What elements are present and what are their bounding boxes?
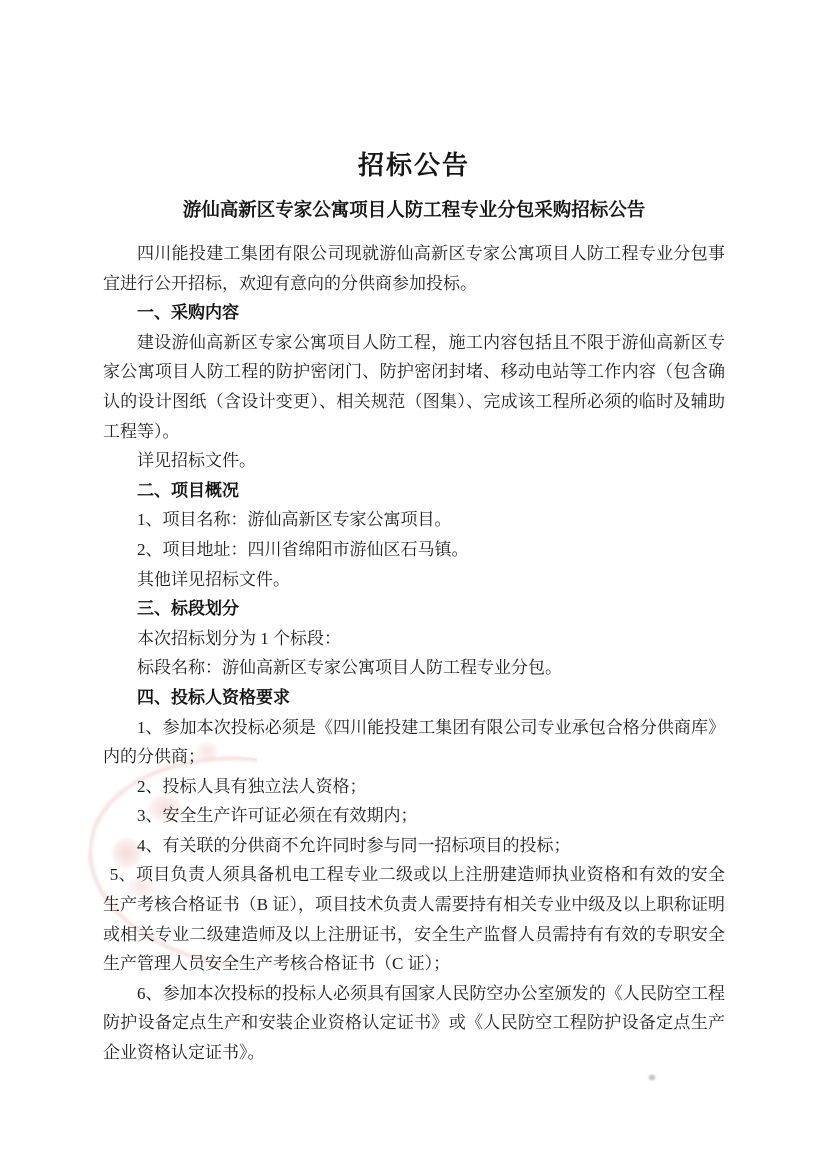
qualification-item-4: 4、有关联的分供商不允许同时参与同一招标项目的投标； xyxy=(103,831,725,861)
section-4-heading: 四、投标人资格要求 xyxy=(103,683,725,713)
see-tender-docs-paragraph: 详见招标文件。 xyxy=(103,446,725,476)
document-subtitle: 游仙高新区专家公寓项目人防工程专业分包采购招标公告 xyxy=(103,197,725,222)
scan-noise-speck xyxy=(648,1074,656,1081)
procurement-scope-paragraph: 建设游仙高新区专家公寓项目人防工程，施工内容包括且不限于游仙高新区专家公寓项目人… xyxy=(103,328,725,446)
qualification-item-1: 1、参加本次投标必须是《四川能投建工集团有限公司专业承包合格分供商库》内的分供商… xyxy=(103,713,725,772)
scanned-document-page: 招标公告 游仙高新区专家公寓项目人防工程专业分包采购招标公告 四川能投建工集团有… xyxy=(0,0,815,1152)
lot-name-paragraph: 标段名称：游仙高新区专家公寓项目人防工程专业分包。 xyxy=(103,653,725,683)
document-body: 招标公告 游仙高新区专家公寓项目人防工程专业分包采购招标公告 四川能投建工集团有… xyxy=(103,148,725,1068)
section-3-heading: 三、标段划分 xyxy=(103,594,725,624)
project-address-item: 2、项目地址：四川省绵阳市游仙区石马镇。 xyxy=(103,535,725,565)
section-2-heading: 二、项目概况 xyxy=(103,476,725,506)
document-title: 招标公告 xyxy=(103,148,725,182)
project-name-item: 1、项目名称：游仙高新区专家公寓项目。 xyxy=(103,505,725,535)
section-1-heading: 一、采购内容 xyxy=(103,298,725,328)
qualification-item-2: 2、投标人具有独立法人资格； xyxy=(103,772,725,802)
qualification-item-3: 3、安全生产许可证必须在有效期内； xyxy=(103,801,725,831)
qualification-item-5: 5、项目负责人须具备机电工程专业二级或以上注册建造师执业资格和有效的安全生产考核… xyxy=(103,860,725,978)
intro-paragraph: 四川能投建工集团有限公司现就游仙高新区专家公寓项目人防工程专业分包事宜进行公开招… xyxy=(103,239,725,298)
qualification-item-6: 6、参加本次投标的投标人必须具有国家人民防空办公室颁发的《人民防空工程防护设备定… xyxy=(103,979,725,1068)
other-details-paragraph: 其他详见招标文件。 xyxy=(103,565,725,595)
document-text-blocks: 四川能投建工集团有限公司现就游仙高新区专家公寓项目人防工程专业分包事宜进行公开招… xyxy=(103,239,725,1068)
lot-count-paragraph: 本次招标划分为 1 个标段： xyxy=(103,624,725,654)
